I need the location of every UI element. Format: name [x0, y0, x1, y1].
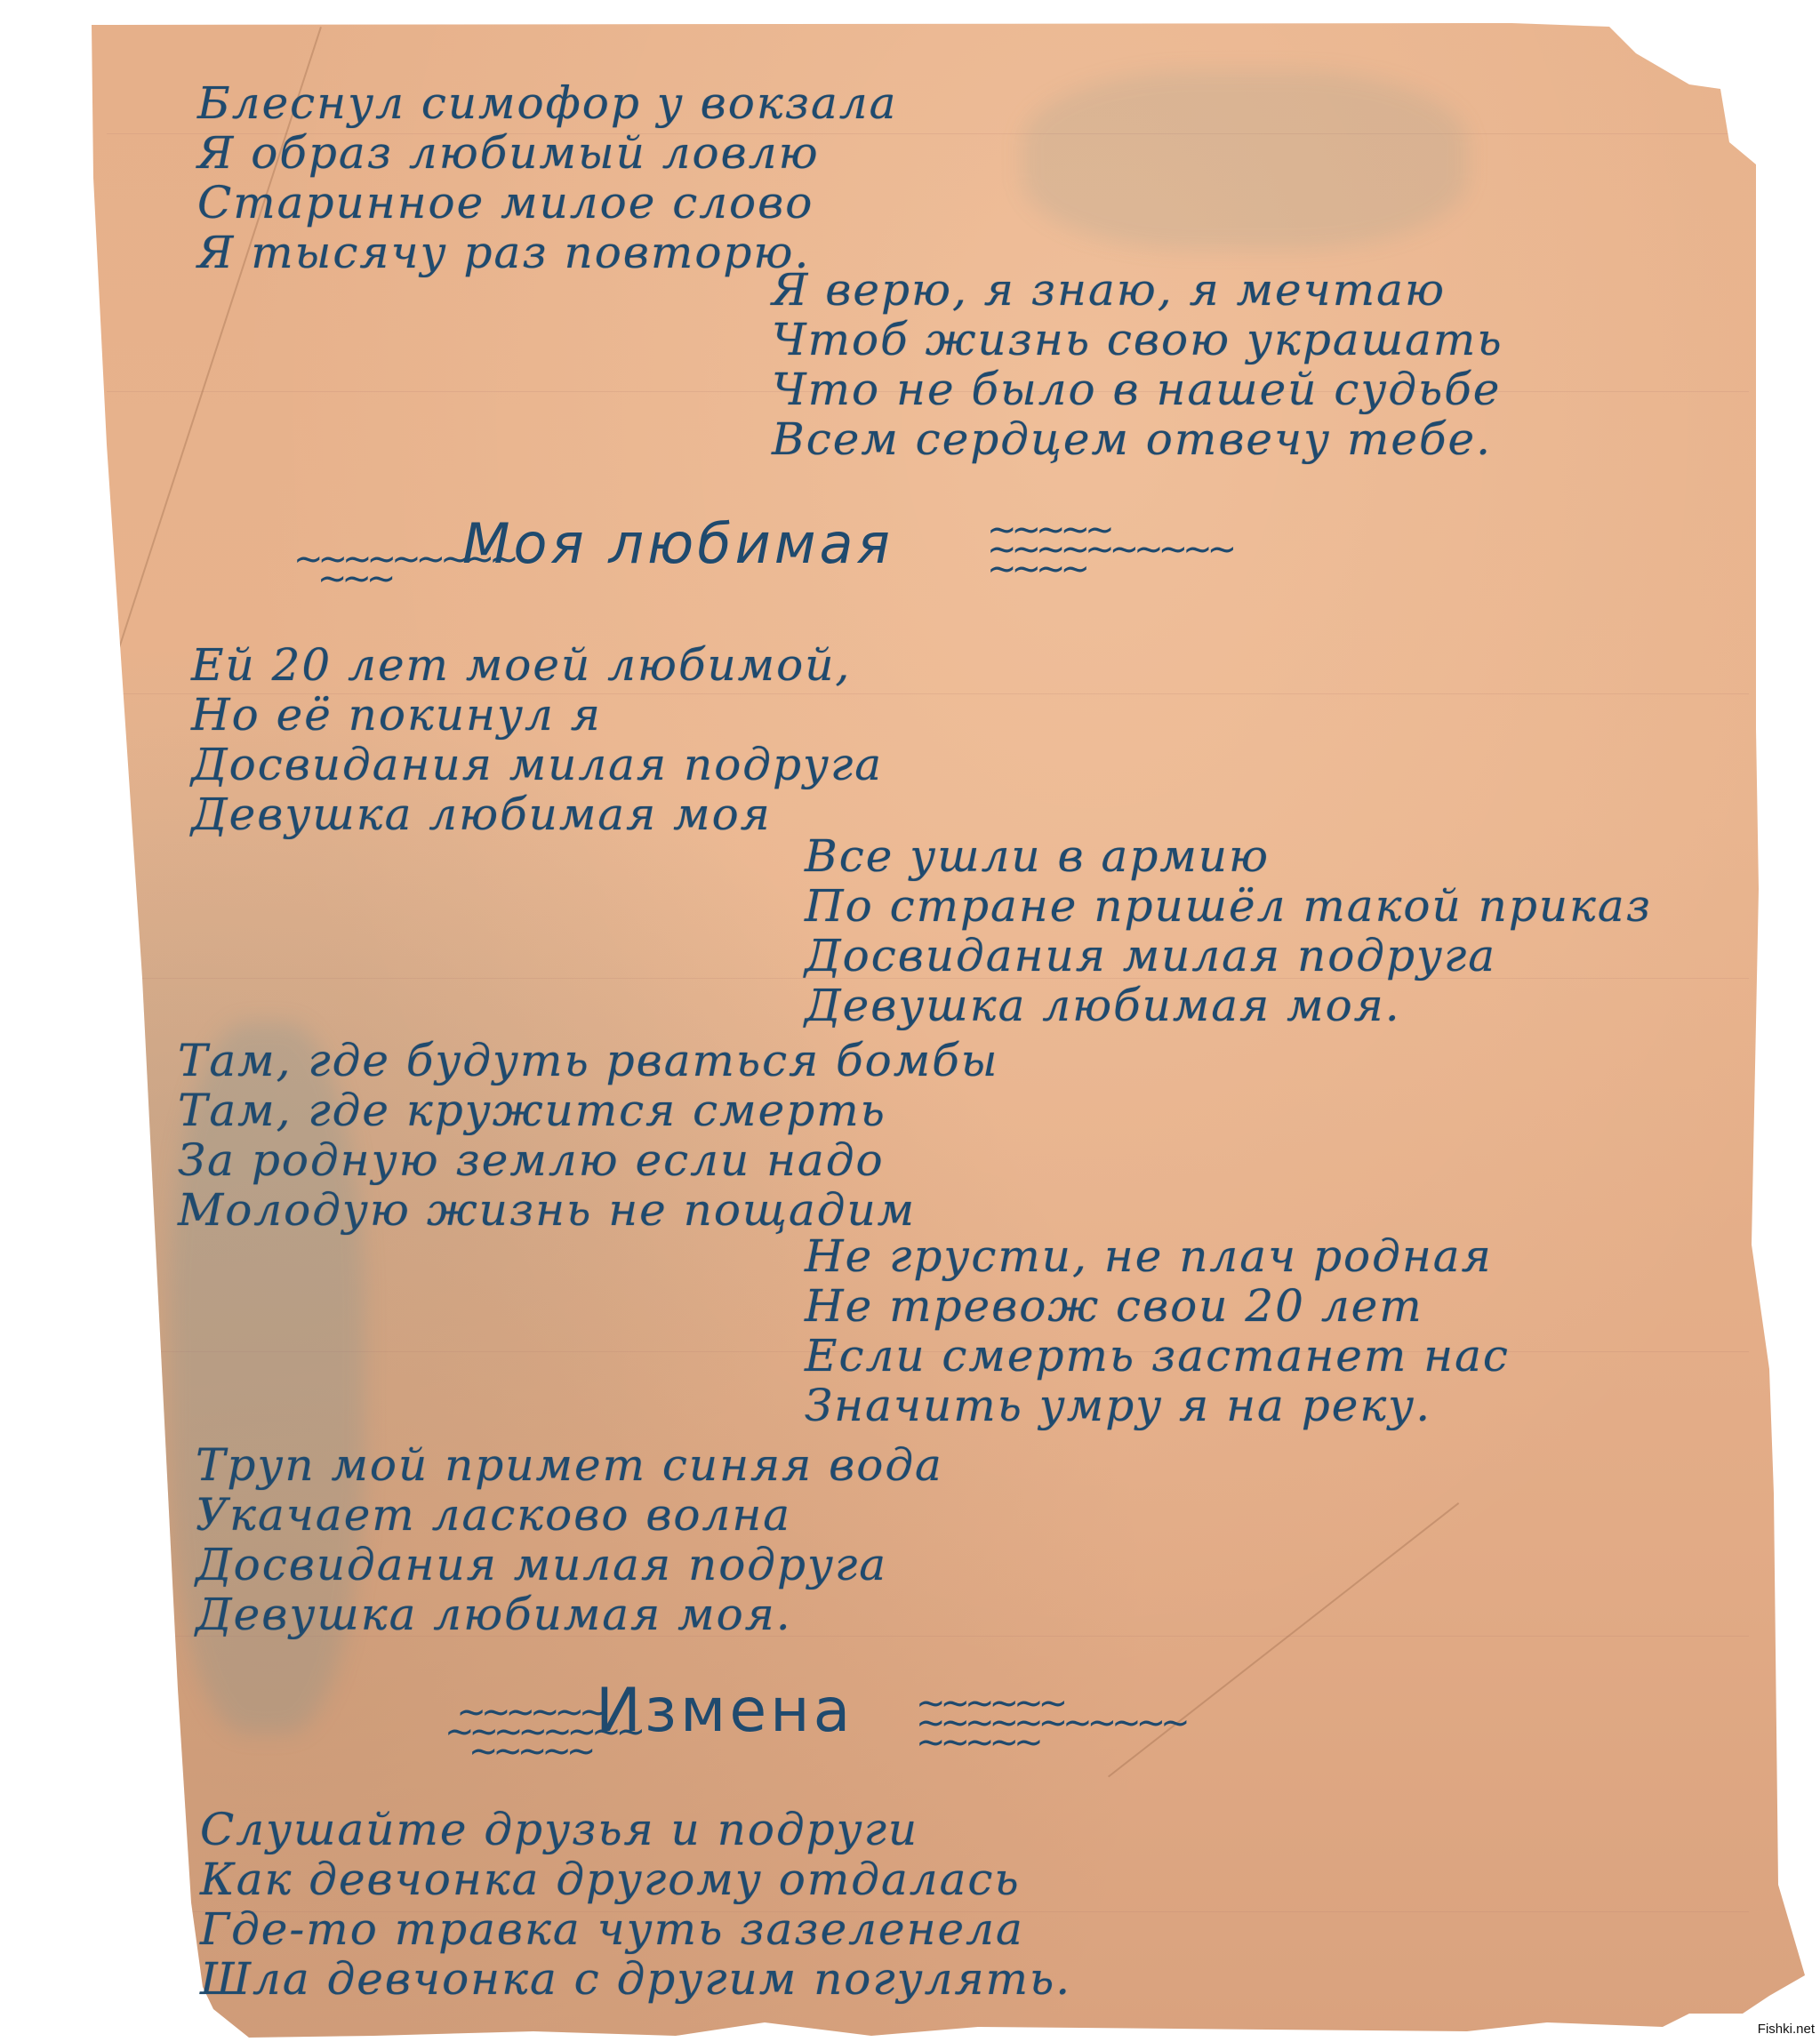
verse-song1-left: Блеснул симофор у вокзала Я образ любимы… [197, 78, 897, 277]
lyric-line: Но её покинул я [191, 690, 883, 740]
lyric-line: По стране пришёл такой приказ [805, 881, 1652, 931]
verse-song2-4: Не грусти, не плач родная Не тревож свои… [805, 1231, 1510, 1430]
lyric-line: Я образ любимый ловлю [197, 128, 897, 178]
lyric-line: Девушка любимая моя. [805, 981, 1652, 1030]
verse-song1-right: Я верю, я знаю, я мечтаю Чтоб жизнь свою… [772, 265, 1503, 464]
lyric-line: Как девчонка другому отдалась [200, 1854, 1071, 1904]
lyric-line: Всем сердцем отвечу тебе. [772, 414, 1503, 464]
verse-song3-1: Слушайте друзья и подруги Как девчонка д… [200, 1805, 1071, 2004]
lyric-line: Что не было в нашей судьбе [772, 364, 1503, 414]
lyric-line: Все ушли в армию [805, 831, 1652, 881]
lyric-line: Старинное милое слово [197, 178, 897, 228]
lyric-line: Ей 20 лет моей любимой, [191, 640, 883, 690]
lyric-line: Чтоб жизнь свою украшать [772, 315, 1503, 364]
song-title-moya-lyubimaya: Моя любимая [462, 511, 894, 576]
lyric-line: Если смерть застанет нас [805, 1331, 1510, 1381]
lyric-line: Там, где будуть рваться бомбы [178, 1036, 998, 1085]
verse-song2-3: Там, где будуть рваться бомбы Там, где к… [178, 1036, 998, 1235]
lyric-line: Досвидания милая подруга [805, 931, 1652, 981]
lyric-line: Молодую жизнь не пощадим [178, 1185, 998, 1235]
lyric-line: Шла девчонка с другим погулять. [200, 1954, 1071, 2004]
lyric-line: Там, где кружится смерть [178, 1085, 998, 1135]
decorative-wave-right: ~~~~~~~~~~~~~~~~~~~~~~ [916, 1694, 1185, 1752]
lyric-line: Девушка любимая моя. [196, 1590, 943, 1639]
lyric-line: Не грусти, не плач родная [805, 1231, 1510, 1281]
verse-song2-2: Все ушли в армию По стране пришёл такой … [805, 831, 1652, 1030]
lyric-line: Не тревож свои 20 лет [805, 1281, 1510, 1331]
ink-bleed-through [1022, 71, 1467, 249]
lyric-line: За родную землю если надо [178, 1135, 998, 1185]
decorative-wave-right: ~~~~~~~~~~~~~~~~~~~ [987, 520, 1231, 579]
lyric-line: Досвидания милая подруга [196, 1540, 943, 1590]
site-watermark: Fishki.net [1758, 2022, 1815, 2037]
song-title-izmena: Измена [596, 1676, 854, 1746]
lyric-line: Труп мой примет синяя вода [196, 1440, 943, 1490]
verse-song2-1: Ей 20 лет моей любимой, Но её покинул я … [191, 640, 883, 839]
lyric-line: Значить умру я на реку. [805, 1381, 1510, 1430]
lyric-line: Блеснул симофор у вокзала [197, 78, 897, 128]
verse-song2-5: Труп мой примет синяя вода Укачает ласко… [196, 1440, 943, 1639]
lyric-line: Укачает ласково волна [196, 1490, 943, 1540]
lyric-line: Где-то травка чуть зазеленела [200, 1904, 1071, 1954]
lyric-line: Слушайте друзья и подруги [200, 1805, 1071, 1854]
lyric-line: Досвидания милая подруга [191, 740, 883, 789]
lyric-line: Девушка любимая моя [191, 789, 883, 839]
lyric-line: Я верю, я знаю, я мечтаю [772, 265, 1503, 315]
